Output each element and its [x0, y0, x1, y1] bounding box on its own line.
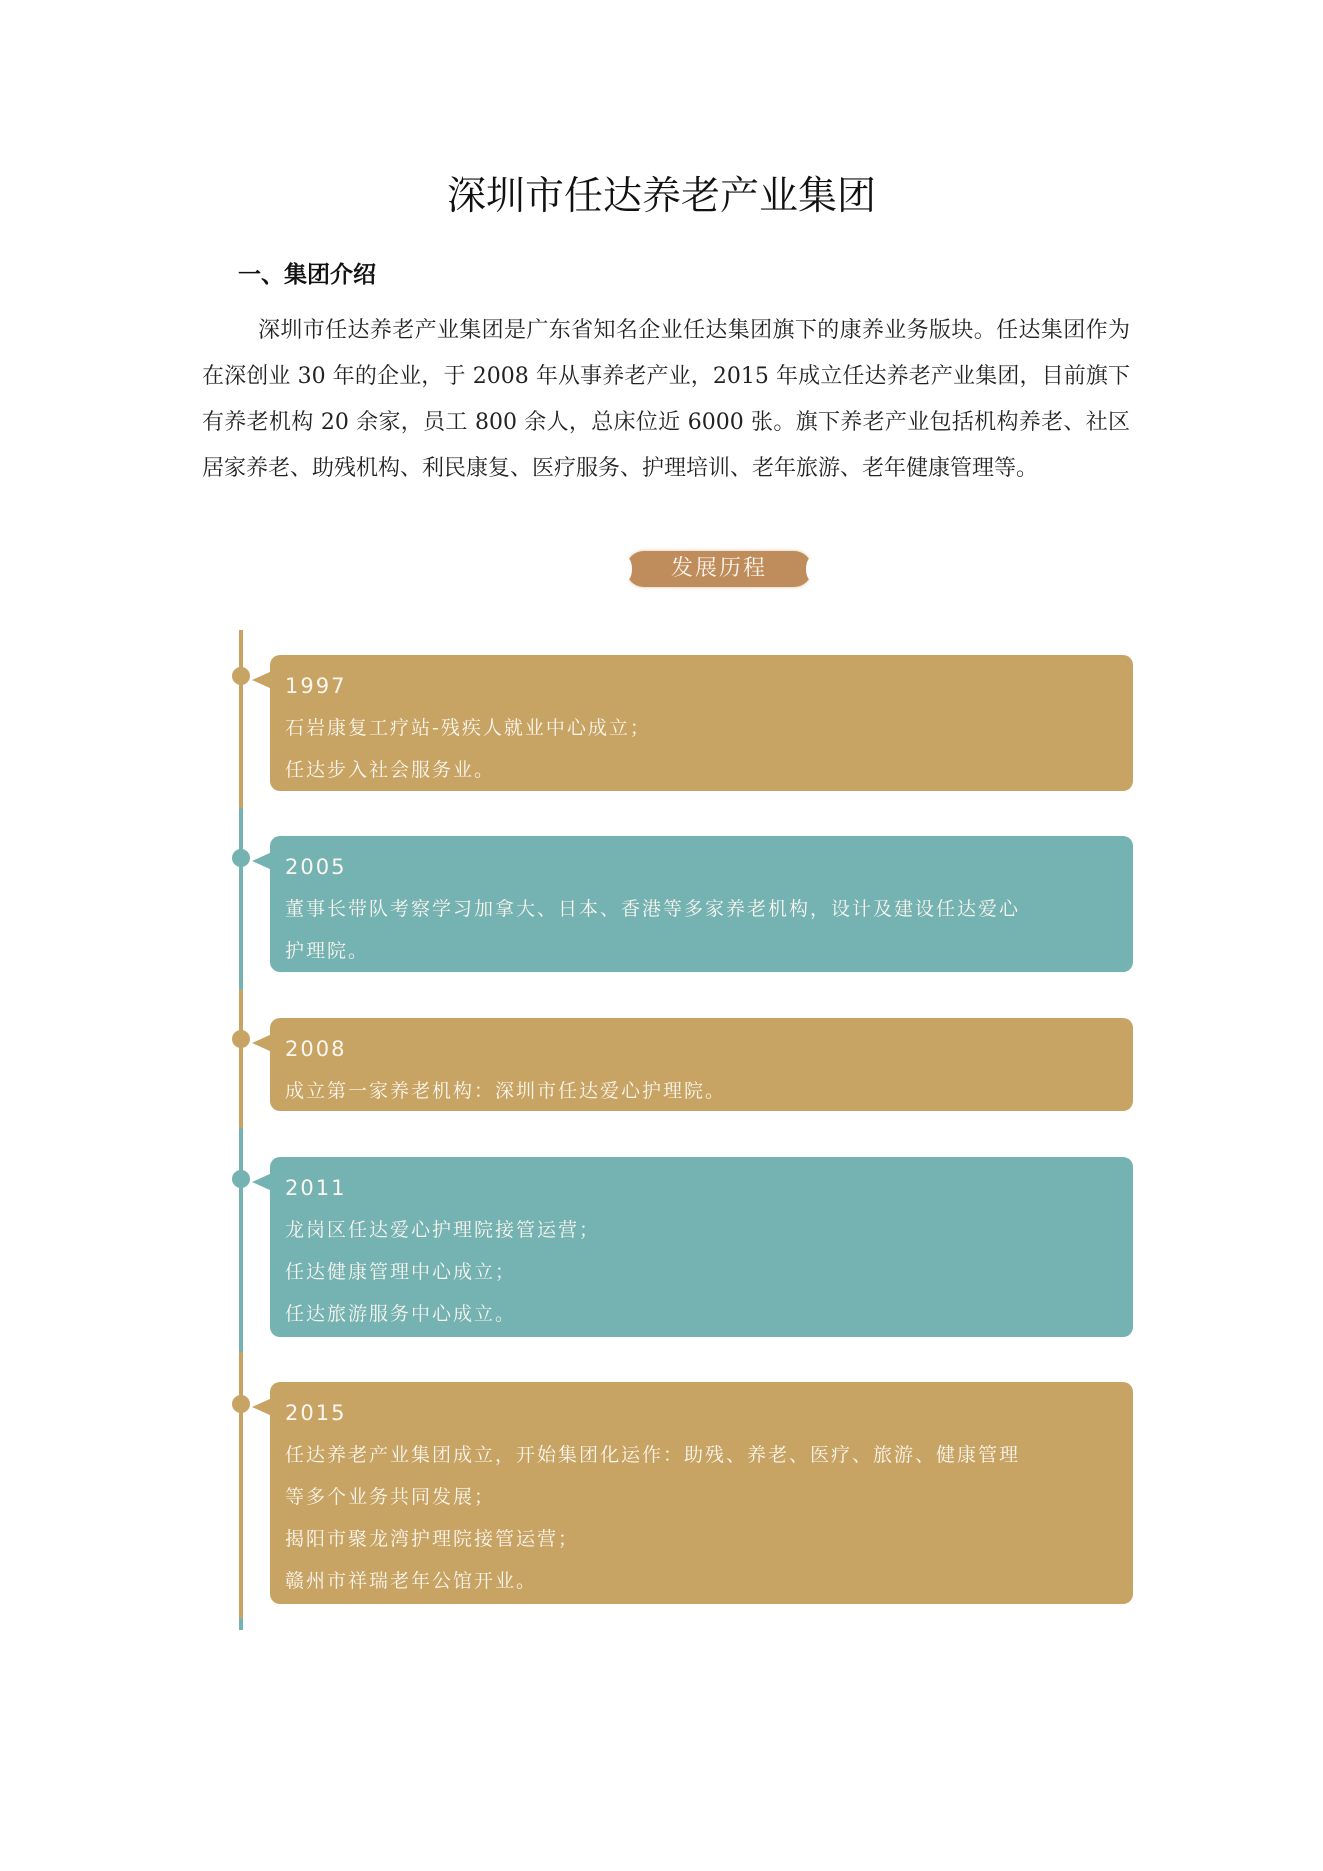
timeline-event-text: 成立第一家养老机构：深圳市任达爱心护理院。 [285, 1070, 1119, 1112]
timeline-event-text: 董事长带队考察学习加拿大、日本、香港等多家养老机构，设计及建设任达爱心 [285, 888, 1119, 930]
timeline-line-segment [239, 808, 243, 990]
intro-paragraph: 深圳市任达养老产业集团是广东省知名企业任达集团旗下的康养业务版块。任达集团作为在… [202, 308, 1130, 492]
timeline-line-segment [239, 1128, 243, 1352]
timeline-year: 2008 [285, 1028, 1119, 1070]
timeline-line-segment [239, 1352, 243, 1618]
timeline-event-text: 等多个业务共同发展； [285, 1476, 1119, 1518]
timeline-event-text: 任达旅游服务中心成立。 [285, 1293, 1119, 1335]
timeline-event-text: 任达健康管理中心成立； [285, 1251, 1119, 1293]
timeline-card-2015: 2015 任达养老产业集团成立，开始集团化运作：助残、养老、医疗、旅游、健康管理… [270, 1382, 1133, 1604]
timeline-event-text: 赣州市祥瑞老年公馆开业。 [285, 1560, 1119, 1602]
document-title: 深圳市任达养老产业集团 [0, 172, 1323, 222]
timeline-dot-icon [232, 1030, 250, 1048]
timeline-event-text: 护理院。 [285, 930, 1119, 972]
timeline-year: 2005 [285, 846, 1119, 888]
pointer-arrow-icon [252, 1034, 272, 1052]
timeline-year: 2015 [285, 1392, 1119, 1434]
timeline-event-text: 任达养老产业集团成立，开始集团化运作：助残、养老、医疗、旅游、健康管理 [285, 1434, 1119, 1476]
timeline-event-text: 龙岗区任达爱心护理院接管运营； [285, 1209, 1119, 1251]
timeline-event-text: 石岩康复工疗站-残疾人就业中心成立； [285, 707, 1119, 749]
timeline-event-text: 揭阳市聚龙湾护理院接管运营； [285, 1518, 1119, 1560]
timeline-year: 1997 [285, 665, 1119, 707]
timeline-card-1997: 1997 石岩康复工疗站-残疾人就业中心成立； 任达步入社会服务业。 [270, 655, 1133, 791]
timeline-year: 2011 [285, 1167, 1119, 1209]
timeline-line-segment [239, 1618, 243, 1630]
timeline-dot-icon [232, 667, 250, 685]
timeline-card-2011: 2011 龙岗区任达爱心护理院接管运营； 任达健康管理中心成立； 任达旅游服务中… [270, 1157, 1133, 1337]
timeline-line-segment [239, 630, 243, 808]
timeline-card-2008: 2008 成立第一家养老机构：深圳市任达爱心护理院。 [270, 1018, 1133, 1111]
pointer-arrow-icon [252, 1173, 272, 1191]
timeline-dot-icon [232, 849, 250, 867]
section-heading: 一、集团介绍 [238, 258, 376, 292]
pointer-arrow-icon [252, 1398, 272, 1416]
timeline-line-segment [239, 990, 243, 1128]
timeline-card-2005: 2005 董事长带队考察学习加拿大、日本、香港等多家养老机构，设计及建设任达爱心… [270, 836, 1133, 972]
timeline-dot-icon [232, 1170, 250, 1188]
timeline-event-text: 任达步入社会服务业。 [285, 749, 1119, 791]
pointer-arrow-icon [252, 852, 272, 870]
history-badge: 发展历程 [626, 551, 812, 587]
pointer-arrow-icon [252, 671, 272, 689]
timeline-dot-icon [232, 1395, 250, 1413]
